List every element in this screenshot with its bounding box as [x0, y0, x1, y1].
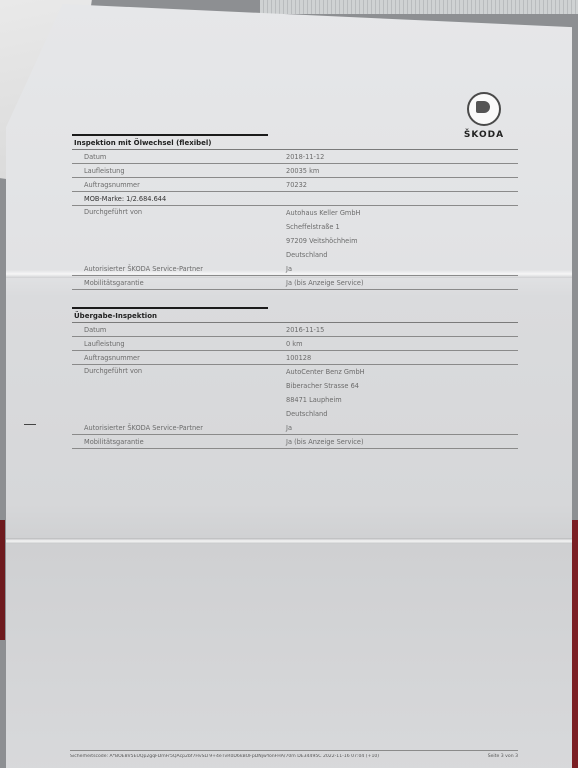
table-row: Auftragsnummer 100128: [72, 351, 518, 365]
partner-row: Autorisierter ŠKODA Service-Partner Ja: [72, 262, 518, 276]
performed-by-row: Durchgeführt von Autohaus Keller GmbH Sc…: [72, 206, 518, 262]
table-row: Datum 2016-11-15: [72, 323, 518, 337]
background-grid-paper: [260, 0, 578, 14]
section-title: Inspektion mit Ölwechsel (flexibel): [72, 136, 518, 150]
table-row: Laufleistung 20035 km: [72, 164, 518, 178]
brand-logo: ŠKODA: [462, 92, 506, 140]
security-code: Sicherheitscode: A*BOE8V5EUQp2gqFDmFr5QA…: [70, 754, 458, 759]
mobility-row: Mobilitätsgarantie Ja (bis Anzeige Servi…: [72, 435, 518, 449]
background-red-edge-left: [0, 520, 5, 640]
section-oil-inspection: Inspektion mit Ölwechsel (flexibel) Datu…: [72, 134, 518, 290]
paper-fold: [6, 538, 572, 544]
mob-marke-row: MOB-Marke: 1/2.684.644: [72, 192, 518, 206]
margin-mark: [24, 424, 36, 425]
table-row: Auftragsnummer 70232: [72, 178, 518, 192]
table-row: Datum 2018-11-12: [72, 150, 518, 164]
skoda-logo-icon: [467, 92, 501, 126]
page-number: Seite 3 von 3: [458, 754, 518, 759]
page-footer: Sicherheitscode: A*BOE8V5EUQp2gqFDmFr5QA…: [70, 750, 518, 759]
mobility-row: Mobilitätsgarantie Ja (bis Anzeige Servi…: [72, 276, 518, 290]
section-handover-inspection: Übergabe-Inspektion Datum 2016-11-15 Lau…: [72, 307, 518, 449]
table-row: Laufleistung 0 km: [72, 337, 518, 351]
partner-row: Autorisierter ŠKODA Service-Partner Ja: [72, 421, 518, 435]
section-title: Übergabe-Inspektion: [72, 309, 518, 323]
performed-by-row: Durchgeführt von AutoCenter Benz GmbH Bi…: [72, 365, 518, 421]
